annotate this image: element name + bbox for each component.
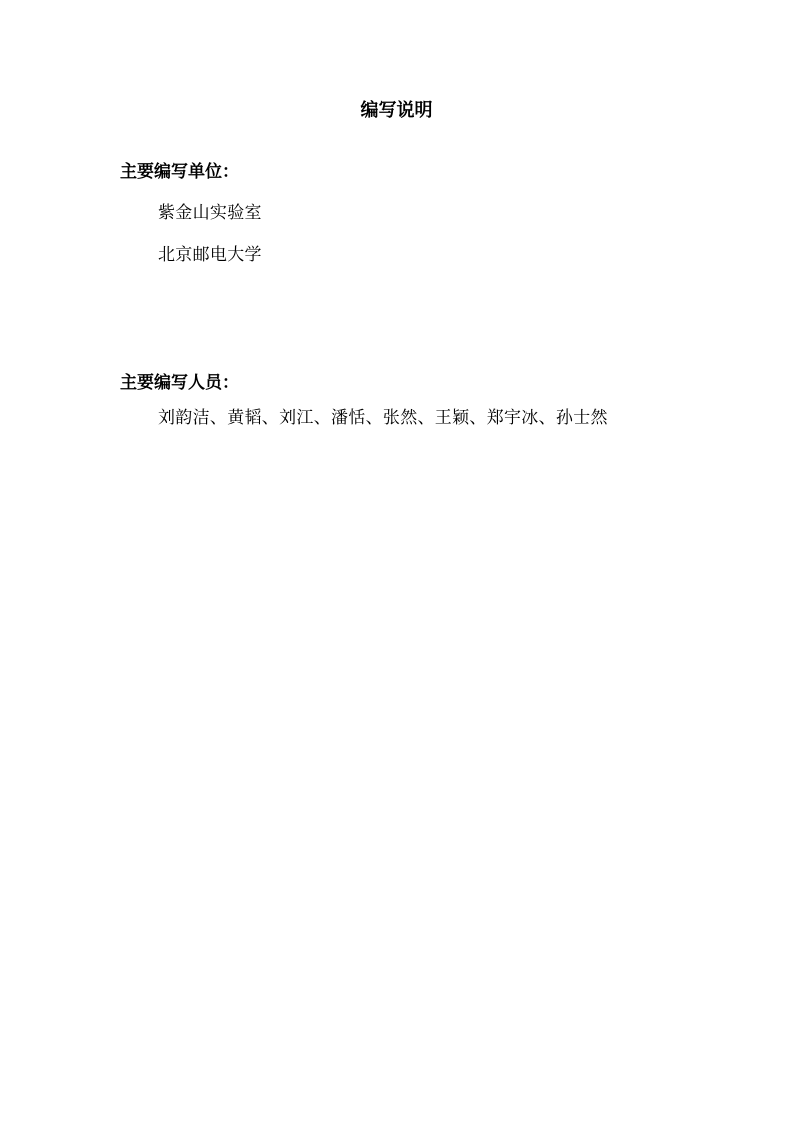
authors-list: 刘韵洁、黄韬、刘江、潘恬、张然、王颖、郑宇冰、孙士然 (158, 407, 608, 429)
page-title: 编写说明 (0, 99, 793, 123)
section-heading-units: 主要编写单位： (120, 161, 239, 183)
unit-item: 北京邮电大学 (158, 244, 262, 266)
section-heading-authors: 主要编写人员： (120, 372, 239, 394)
unit-item: 紫金山实验室 (158, 202, 262, 224)
